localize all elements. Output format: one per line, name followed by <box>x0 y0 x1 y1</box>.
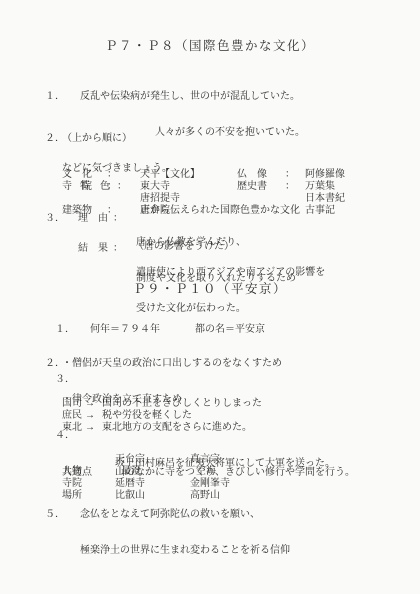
sect-row-label <box>62 454 115 466</box>
note: （上から順に） <box>62 133 132 144</box>
kv-value: 古事記 <box>305 205 345 217</box>
line: １．反乱や伝染病が発生し、世の中が混乱していた。 <box>45 91 305 103</box>
part-b-common-point: 共通点山のなかに寺をつくり、きびしい修行や学問を行う。 <box>62 467 355 479</box>
common-label: 共通点 <box>62 467 115 479</box>
part-a-title: Ｐ７・Ｐ８（国際色豊かな文化） <box>0 40 420 52</box>
line: ２．（上から順に） <box>45 133 345 145</box>
line: ５．念仏をとなえて阿弥陀仏の救いを願い、 <box>45 509 290 521</box>
kv-value: 日本書紀 <box>305 193 345 205</box>
kv-value: 阿修羅像 <box>305 169 345 181</box>
part-b-title: Ｐ９・Ｐ１０（平安京） <box>0 283 420 295</box>
sect-col-header: 天台宗 <box>115 454 190 466</box>
policy-text: 国司の不正をきびしくとりしまった <box>102 398 335 410</box>
arrow-icon: → <box>85 398 102 410</box>
item-number: ４． <box>55 430 72 442</box>
text-line: 念仏をとなえて阿弥陀仏の救いを願い、 <box>80 509 260 520</box>
text-line: 反乱や伝染病が発生し、世の中が混乱していた。 <box>80 91 300 102</box>
policy-target: 国司 <box>62 398 85 410</box>
text-line: 遣唐使により西アジアや南アジアの影響を <box>136 267 325 279</box>
item-number: ２． <box>45 133 62 145</box>
item-number: １． <box>45 91 80 103</box>
item-number: ３． <box>55 374 72 386</box>
common-text: 山のなかに寺をつくり、きびしい修行や学問を行う。 <box>115 467 355 479</box>
kv-value: 万葉集 <box>305 181 345 193</box>
kv-colon: ： <box>285 169 305 181</box>
part-b-item-5: ５．念仏をとなえて阿弥陀仏の救いを願い、 極楽浄土の世界に生まれ変わることを祈る… <box>45 485 290 581</box>
scanned-notes-page: Ｐ７・Ｐ８（国際色豊かな文化） １．反乱や伝染病が発生し、世の中が混乱していた。… <box>0 0 420 594</box>
text-line: 極楽浄土の世界に生まれ変わることを祈る信仰 <box>80 545 290 557</box>
kv-colon: ： <box>107 169 140 181</box>
item-number: ５． <box>45 509 80 521</box>
kv-label: 文 化 <box>62 169 107 181</box>
sect-col-header: 真言宗 <box>190 454 310 466</box>
kv-label: 仏 像 <box>237 169 285 181</box>
kv-value: 天平【文化】 <box>140 169 237 181</box>
